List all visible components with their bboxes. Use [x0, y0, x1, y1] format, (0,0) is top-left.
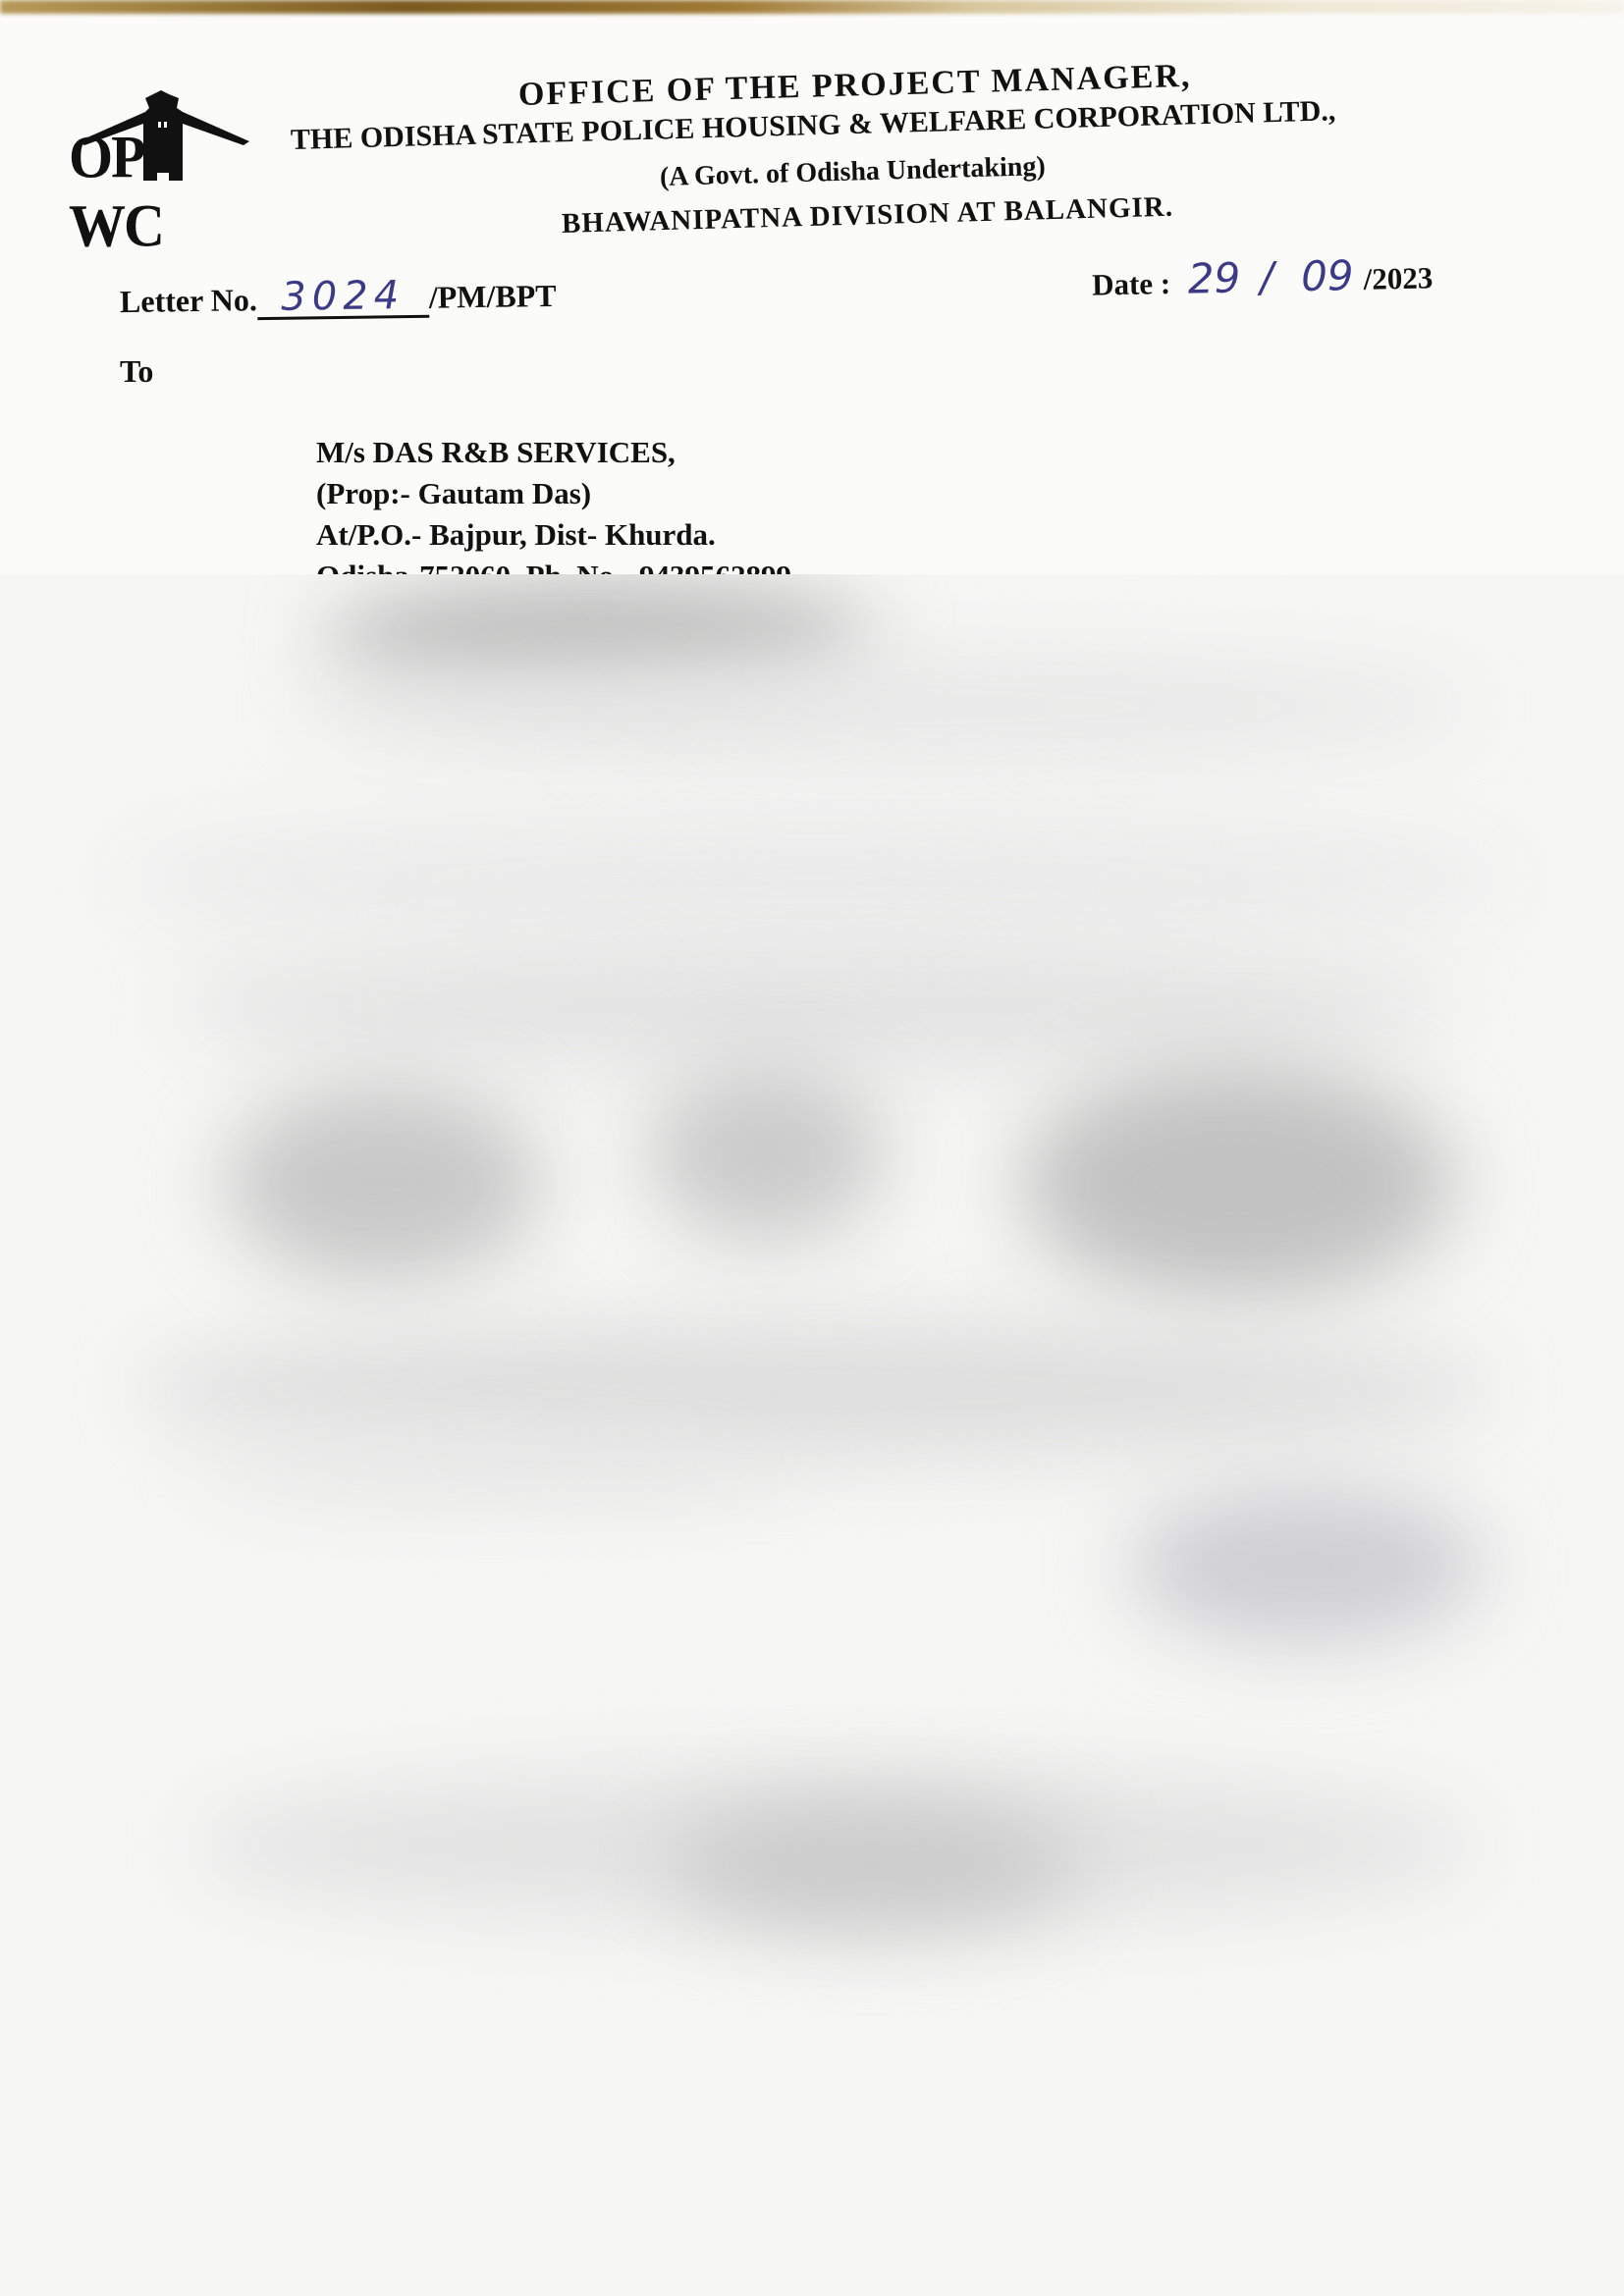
to-label: To: [120, 353, 153, 390]
blurred-text-block: [118, 820, 1512, 937]
date-separator: /: [1260, 253, 1274, 301]
logo-text-right: WC: [69, 192, 163, 259]
date-month: 09: [1301, 251, 1354, 300]
redacted-letter-body: [0, 574, 1624, 2296]
date-year: /2023: [1363, 260, 1433, 295]
letter-number: Letter No.3024/PM/BPT: [120, 274, 557, 322]
letter-date: Date : 29/ 09/2023: [1092, 249, 1434, 304]
blurred-text-block: [1021, 1065, 1453, 1301]
blurred-text-block: [1129, 1487, 1483, 1644]
blurred-text-block: [648, 1065, 884, 1242]
letter-number-suffix: /PM/BPT: [429, 278, 557, 315]
address-line: At/P.O.- Bajpur, Dist- Khurda.: [316, 514, 791, 556]
recipient-address: M/s DAS R&B SERVICES, (Prop:- Gautam Das…: [316, 432, 791, 597]
letter-number-value: 3024: [257, 276, 430, 320]
logo-letters: OPWC: [69, 123, 283, 261]
blurred-text-block: [295, 663, 1473, 751]
logo-text-left: OP: [69, 124, 144, 190]
undertaking-note: (A Govt. of Odisha Undertaking): [660, 151, 1047, 193]
blurred-text-block: [177, 947, 1453, 1065]
blurred-text-block: [668, 1801, 1080, 1929]
blurred-text-block: [137, 1320, 1492, 1458]
letter-number-label: Letter No.: [120, 282, 257, 319]
date-label: Date :: [1092, 266, 1171, 302]
division-name: BHAWANIPATNA DIVISION AT BALANGIR.: [562, 191, 1174, 240]
address-line: M/s DAS R&B SERVICES,: [316, 432, 791, 473]
blurred-text-block: [226, 1085, 540, 1281]
blurred-text-block: [196, 1438, 785, 1497]
date-day: 29: [1187, 253, 1240, 302]
address-line: (Prop:- Gautam Das): [316, 473, 791, 514]
opwc-logo: OPWC: [67, 90, 283, 188]
